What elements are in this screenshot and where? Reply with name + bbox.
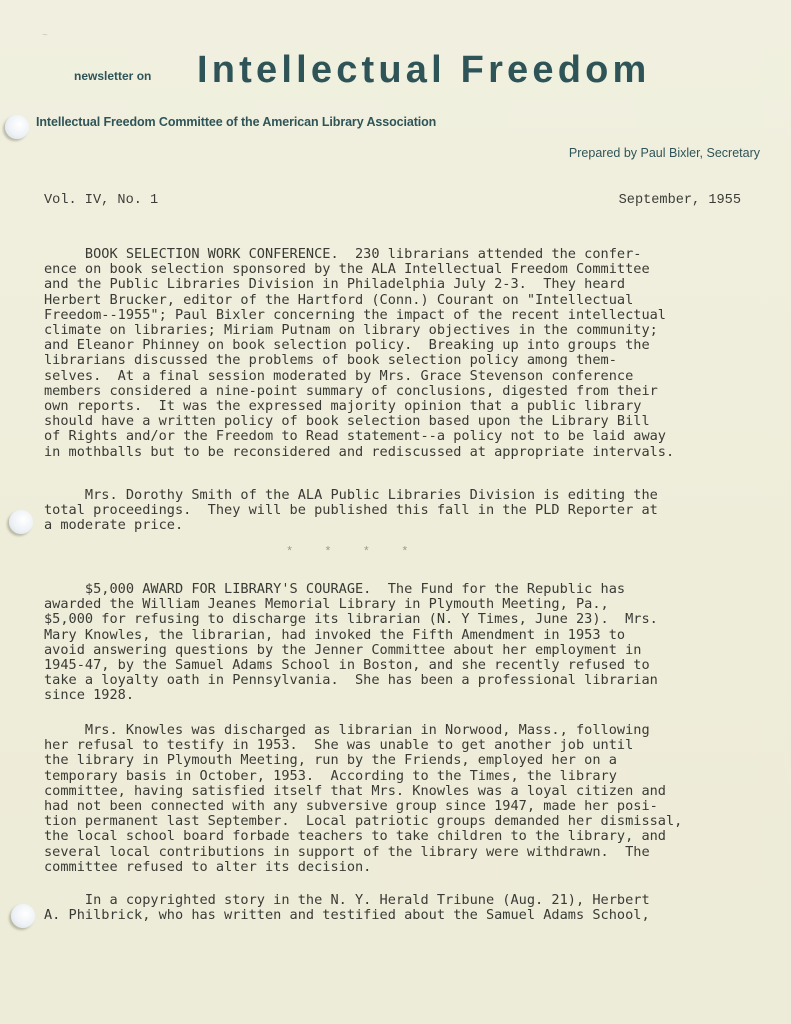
newsletter-page: ~ newsletter on Intellectual Freedom Int…	[0, 0, 791, 1024]
article-award-p3: In a copyrighted story in the N. Y. Hera…	[44, 893, 774, 923]
issue-date: September, 1955	[619, 193, 741, 208]
punch-hole-middle	[9, 510, 33, 534]
masthead-prefix: newsletter on	[74, 69, 151, 83]
masthead-title: Intellectual Freedom	[197, 46, 651, 94]
article-book-selection-p1: BOOK SELECTION WORK CONFERENCE. 230 libr…	[44, 247, 774, 460]
article-book-selection-p2: Mrs. Dorothy Smith of the ALA Public Lib…	[44, 488, 774, 534]
punch-hole-bottom	[11, 904, 35, 928]
punch-hole-top	[5, 115, 29, 139]
issue-volume: Vol. IV, No. 1	[44, 193, 158, 208]
section-separator: * * * *	[286, 545, 408, 559]
pencil-mark: ~	[42, 30, 49, 41]
prepared-by: Prepared by Paul Bixler, Secretary	[569, 146, 760, 160]
article-award-p2: Mrs. Knowles was discharged as librarian…	[44, 723, 774, 875]
committee-name: Intellectual Freedom Committee of the Am…	[36, 115, 436, 129]
article-award-p1: $5,000 AWARD FOR LIBRARY'S COURAGE. The …	[44, 582, 774, 704]
